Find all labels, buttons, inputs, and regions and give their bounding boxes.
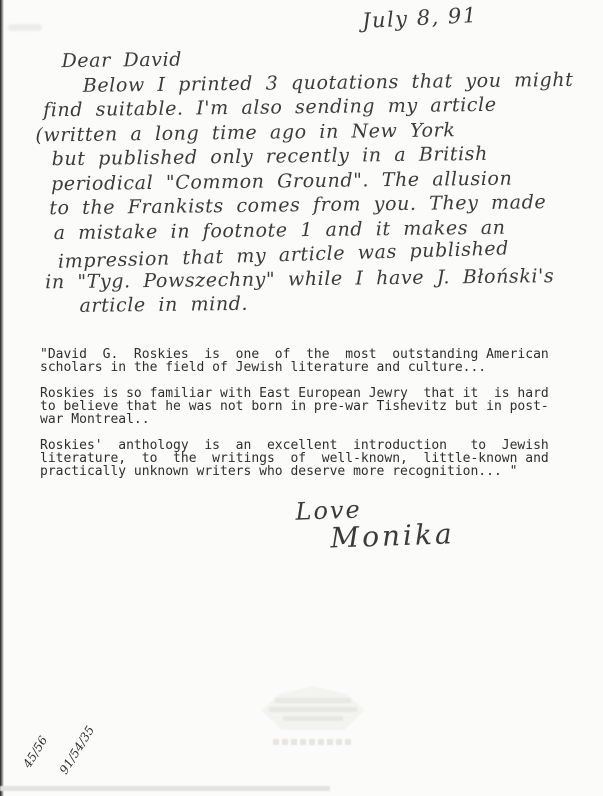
handwritten-line: article in mind.	[79, 288, 593, 319]
scan-bottom-artifact	[0, 786, 330, 791]
quotation-line: scholars in the field of Jewish literatu…	[40, 361, 549, 374]
quotation-line: war Montreal..	[40, 413, 549, 426]
letter-closing: Love Monika	[295, 492, 455, 555]
typed-quotations: "David G. Roskies is one of the most out…	[40, 348, 549, 491]
watermark-textline-artifact	[269, 707, 357, 712]
watermark-caption-artifact	[273, 739, 353, 745]
paper-watermark	[254, 686, 372, 762]
margin-mark-2: 91/54/35	[58, 724, 97, 776]
scan-smudge-artifact	[8, 24, 42, 31]
letter-body: Dear DavidBelow I printed 3 quotations t…	[34, 43, 593, 319]
quotation-paragraph: Roskies' anthology is an excellent intro…	[40, 439, 549, 478]
quotation-line: practically unknown writers who deserve …	[40, 465, 549, 478]
quotation-paragraph: "David G. Roskies is one of the most out…	[40, 348, 549, 374]
scan-edge-artifact	[0, 0, 4, 796]
scanned-letter-page: July 8, 91 Dear DavidBelow I printed 3 q…	[0, 0, 603, 796]
watermark-textline-artifact	[275, 698, 351, 703]
quotation-paragraph: Roskies is so familiar with East Europea…	[40, 387, 549, 426]
watermark-seal-icon	[261, 686, 365, 730]
margin-mark-1: 45/56	[21, 734, 50, 770]
watermark-textline-artifact	[283, 716, 343, 721]
letter-date: July 8, 91	[361, 3, 478, 33]
signature: Monika	[330, 517, 455, 554]
